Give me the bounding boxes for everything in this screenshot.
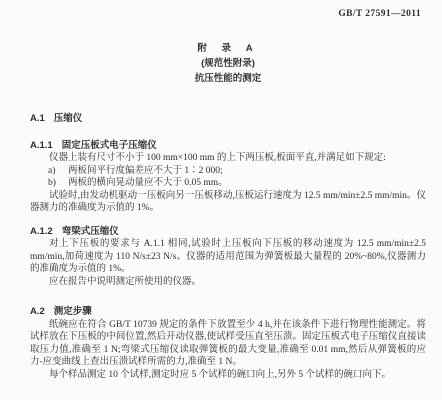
appendix-header: 附 录 A (规范性附录) 抗压性能的测定: [30, 41, 426, 86]
section-a11-heading: A.1.1固定压板式电子压缩仪: [30, 140, 426, 153]
section-a2-title: 测定步骤: [54, 306, 92, 317]
document-page: GB/T 27591—2011 附 录 A (规范性附录) 抗压性能的测定 A.…: [0, 0, 442, 400]
section-a11-intro: 仪器上装有尺寸不小于 100 mm×100 mm 的上下两压板,板面平直,并满足…: [30, 152, 426, 165]
section-a11-paragraph: 试验时,由发动机驱动一压板向另一压板移动,压板运行速度为 12.5 mm/min…: [30, 190, 426, 215]
section-a2-paragraph-2: 每个样品测定 10 个试样,测定时应 5 个试样的碗口向上,另外 5 个试样的碗…: [30, 369, 426, 382]
appendix-title: 附 录 A: [30, 41, 426, 56]
section-a1-heading: A.1压缩仪: [30, 113, 426, 126]
page-content: 附 录 A (规范性附录) 抗压性能的测定 A.1压缩仪 A.1.1固定压板式电…: [30, 0, 426, 381]
section-a2-number: A.2: [30, 306, 45, 317]
list-item-b-label: b): [48, 177, 68, 190]
appendix-subject: 抗压性能的测定: [30, 71, 426, 86]
section-a2-paragraph-1: 纸碗应在符合 GB/T 10739 规定的条件下放置至少 4 h,并在该条件下进…: [30, 319, 426, 369]
list-item-b-text: 两板的横向晃动量应不大于 0.05 mm。: [68, 177, 426, 190]
appendix-type: (规范性附录): [30, 56, 426, 71]
section-a1-number: A.1: [30, 113, 45, 124]
list-item-a-label: a): [48, 165, 68, 178]
section-a11-title: 固定压板式电子压缩仪: [62, 140, 157, 151]
section-a12-heading: A.1.2弯梁式压缩仪: [30, 226, 426, 239]
list-item-b: b) 两板的横向晃动量应不大于 0.05 mm。: [30, 177, 426, 190]
section-a1-title: 压缩仪: [54, 113, 83, 124]
section-a12-paragraph-2: 应在报告中说明测定所使用的仪器。: [30, 276, 426, 289]
section-a12-number: A.1.2: [30, 226, 53, 237]
section-a11-number: A.1.1: [30, 140, 53, 151]
section-a12-paragraph-1: 对上下压板的要求与 A.1.1 相同,试验时上压板向下压板的移动速度为 12.5…: [30, 238, 426, 276]
list-item-a: a) 两板间平行度偏差应不大于 1∶2 000;: [30, 165, 426, 178]
section-a12-title: 弯梁式压缩仪: [62, 226, 119, 237]
section-a2-heading: A.2测定步骤: [30, 306, 426, 319]
list-item-a-text: 两板间平行度偏差应不大于 1∶2 000;: [68, 165, 426, 178]
